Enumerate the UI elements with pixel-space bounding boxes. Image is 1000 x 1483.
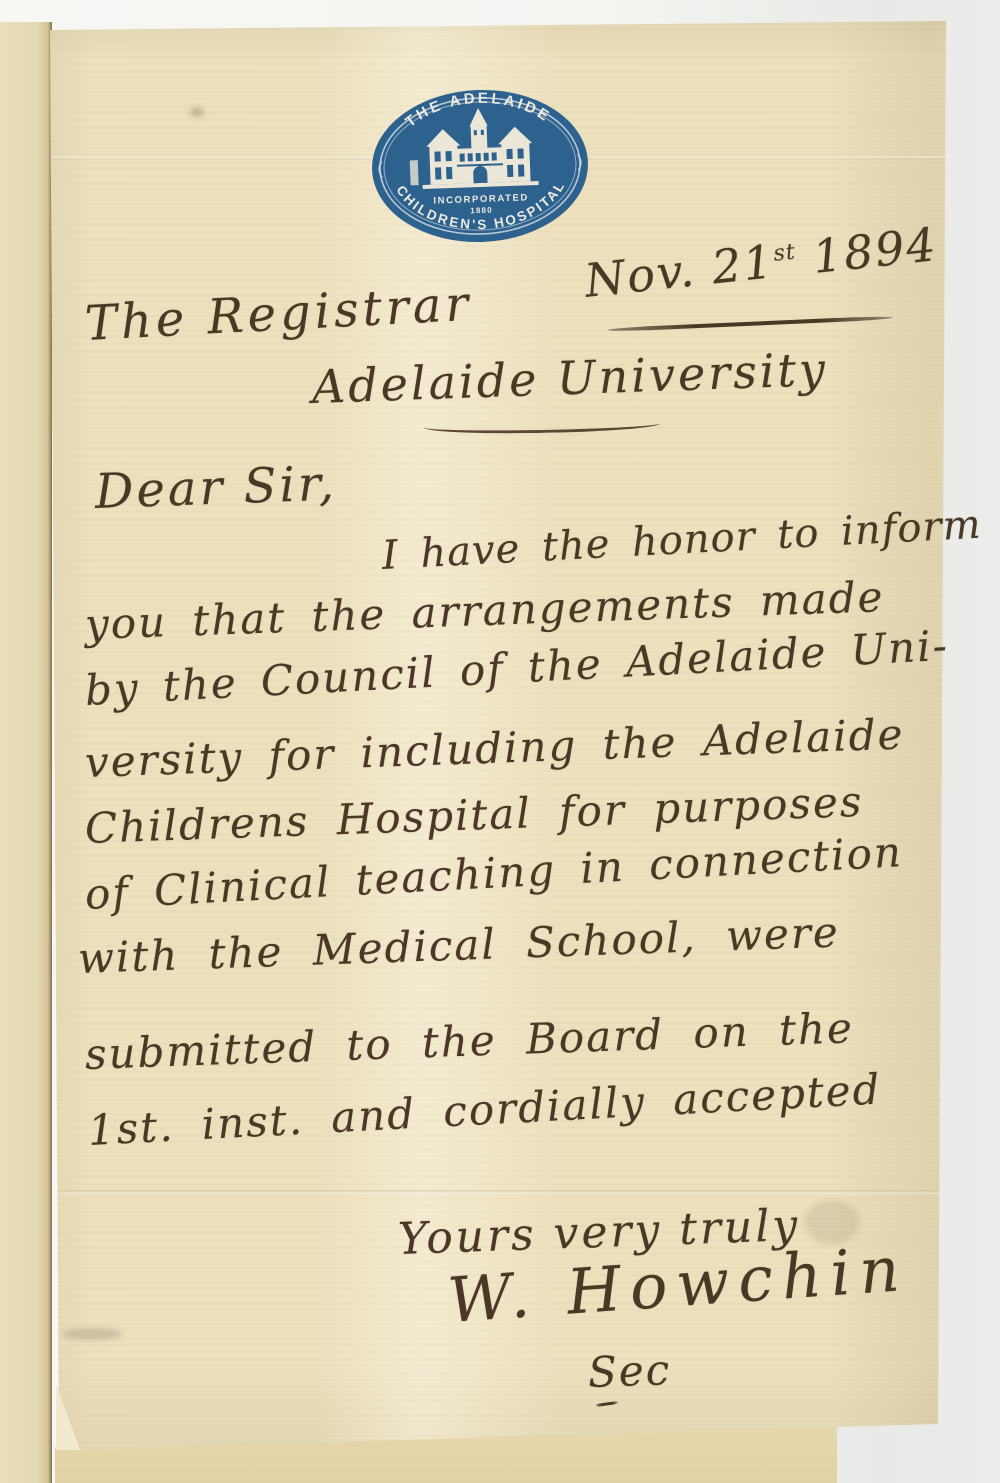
salutation-line: Dear Sir, (94, 460, 337, 516)
paper-speck (190, 108, 204, 116)
fold-crease-bottom (0, 1190, 1000, 1194)
date-superscript: st (772, 240, 797, 267)
hospital-seal: THE ADELAIDE CHILDREN'S HOSPITAL (367, 84, 592, 248)
ink-smudge (805, 1200, 860, 1245)
pencil-smudge (62, 1328, 122, 1340)
back-page-edge (0, 22, 52, 1483)
seal-year-text: 1880 (470, 206, 493, 216)
signature-role: Sec (587, 1349, 672, 1394)
scanned-letter: THE ADELAIDE CHILDREN'S HOSPITAL (0, 0, 1000, 1483)
